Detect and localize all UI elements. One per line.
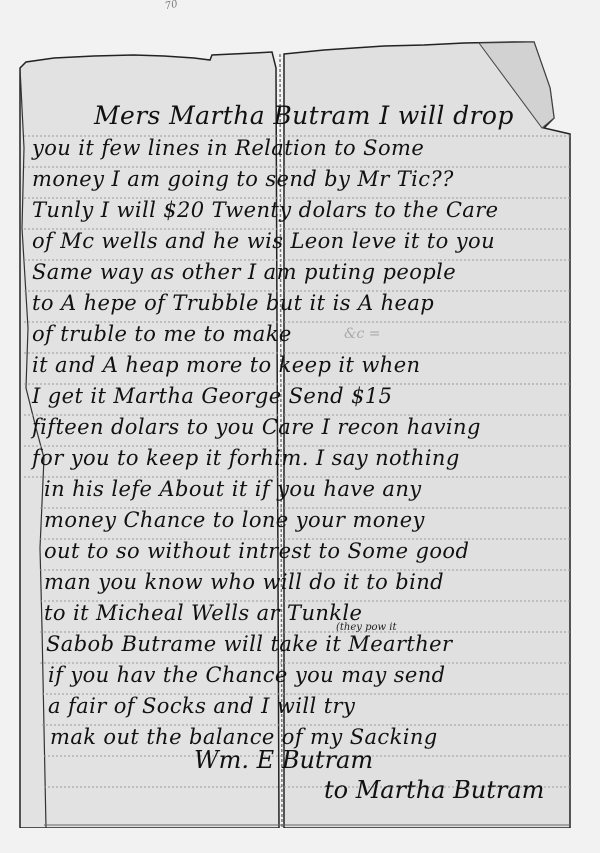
letter-line: a fair of Socks and I will try xyxy=(48,690,355,722)
letter-line: money Chance to lone your money xyxy=(44,504,425,536)
faint-insertion: &c = xyxy=(344,326,380,342)
letter-line: you it few lines in Relation to Some xyxy=(32,132,424,164)
letter-line: fifteen dolars to you Care I recon havin… xyxy=(32,411,481,443)
letter-line: Sabob Butrame will take it Mearther xyxy=(46,628,452,660)
letter-line: to A hepe of Trubble but it is A heap xyxy=(32,287,434,319)
letter-line: of truble to me to make xyxy=(32,318,292,350)
letter-page: Mers Martha Butram I will drop you it fe… xyxy=(14,28,579,828)
letter-body: Mers Martha Butram I will drop you it fe… xyxy=(14,28,579,828)
letter-line: Tunly I will $20 Twenty dolars to the Ca… xyxy=(32,194,499,226)
letter-line: I get it Martha George Send $15 xyxy=(32,380,392,412)
letter-line: to it Micheal Wells ar Tunkle xyxy=(44,597,362,629)
addressee-line: to Martha Butram xyxy=(324,776,544,804)
letter-line: it and A heap more to keep it when xyxy=(32,349,420,381)
letter-line: if you hav the Chance you may send xyxy=(48,659,445,691)
signature: Wm. E Butram xyxy=(194,746,373,774)
archive-scan-mark: 70 xyxy=(164,0,179,12)
letter-line: man you know who will do it to bind xyxy=(44,566,444,598)
letter-line: in his lefe About it if you have any xyxy=(44,473,422,505)
letter-line: Mers Martha Butram I will drop xyxy=(94,100,514,132)
letter-line: money I am going to send by Mr Tic?? xyxy=(32,163,454,195)
letter-line: of Mc wells and he wis Leon leve it to y… xyxy=(32,225,495,257)
letter-line: for you to keep it forhim. I say nothing xyxy=(32,442,460,474)
letter-line: Same way as other I am puting people xyxy=(32,256,456,288)
letter-line: out to so without intrest to Some good xyxy=(44,535,469,567)
